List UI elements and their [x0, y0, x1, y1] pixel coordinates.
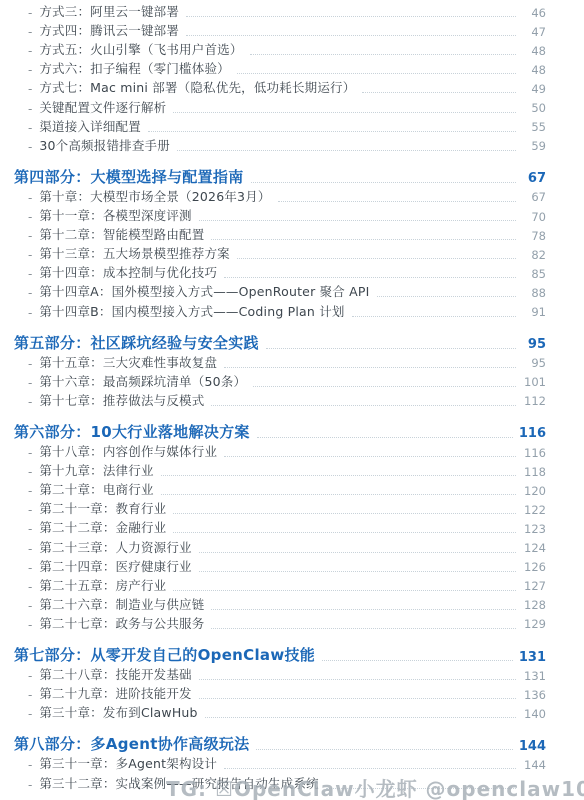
toc-item-page: 112: [522, 394, 546, 411]
toc-item-label: 方式五：火山引擎（飞书用户首选）: [39, 40, 242, 60]
toc-item-page: 95: [522, 356, 546, 373]
toc-item-label: 方式三：阿里云一键部署: [39, 2, 179, 22]
toc-item-label: 第二十八章：技能开发基础: [39, 665, 191, 685]
dot-leader: [224, 456, 516, 457]
toc-item-page: 116: [522, 446, 546, 463]
toc-item-dash: -: [14, 522, 39, 538]
dot-leader: [377, 296, 516, 297]
toc-item-dash: -: [14, 758, 39, 774]
dot-leader: [211, 609, 516, 610]
dot-leader: [199, 698, 516, 699]
toc-item[interactable]: - 第二十三章：人力资源行业 124: [14, 538, 546, 557]
toc-section-heading[interactable]: 第六部分：10大行业落地解决方案 116: [14, 424, 546, 443]
dot-leader: [326, 788, 516, 789]
toc-item-dash: -: [14, 229, 39, 245]
toc-item-label: 第二十九章：进阶技能开发: [39, 684, 191, 704]
toc-item-page: 101: [522, 375, 546, 392]
toc-item-dash: -: [14, 63, 39, 79]
toc-item-dash: -: [14, 707, 39, 723]
toc-item-page: 127: [522, 579, 546, 596]
toc-item-dash: -: [14, 503, 39, 519]
toc-item[interactable]: - 方式七：Mac mini 部署（隐私优先，低功耗长期运行） 49: [14, 79, 546, 98]
toc-item-dash: -: [14, 248, 39, 264]
toc-item[interactable]: - 第十四章：成本控制与优化技巧 85: [14, 264, 546, 283]
toc-section-title: 第七部分：从零开发自己的OpenClaw技能: [14, 644, 315, 666]
toc-item[interactable]: - 第三十二章：实战案例——研究报告自动生成系统: [14, 774, 546, 793]
dot-leader: [257, 437, 513, 438]
toc-section-page: 116: [519, 426, 546, 443]
dot-leader: [173, 513, 516, 514]
toc-item-dash: -: [14, 357, 39, 373]
toc-item-dash: -: [14, 669, 39, 685]
toc-item-dash: -: [14, 778, 39, 794]
toc-item[interactable]: - 第二十九章：进阶技能开发 136: [14, 685, 546, 704]
dot-leader: [266, 348, 516, 349]
toc-item-dash: -: [14, 82, 39, 98]
toc-section-heading[interactable]: 第七部分：从零开发自己的OpenClaw技能 131: [14, 647, 546, 666]
toc-item[interactable]: - 第十三章：五大场景模型推荐方案 82: [14, 245, 546, 264]
toc-item-label: 第二十五章：房产行业: [39, 576, 166, 596]
toc-item-label: 第十四章A：国外模型接入方式——OpenRouter 聚合 API: [39, 282, 369, 302]
toc-item[interactable]: - 第二十二章：金融行业 123: [14, 519, 546, 538]
toc-item[interactable]: - 第十七章：推荐做法与反模式 112: [14, 392, 546, 411]
toc-item[interactable]: - 第十八章：内容创作与媒体行业 116: [14, 443, 546, 462]
toc-item-page: 122: [522, 503, 546, 520]
toc-section-page: 144: [519, 739, 546, 756]
dot-leader: [352, 316, 516, 317]
toc-item-page: 48: [522, 63, 546, 80]
toc-item-dash: -: [14, 484, 39, 500]
toc-item-label: 第十六章：最高频踩坑清单（50条）: [39, 372, 246, 392]
toc-item[interactable]: - 第二十章：电商行业 120: [14, 481, 546, 500]
dot-leader: [253, 386, 516, 387]
toc-item-page: 49: [522, 82, 546, 99]
toc-item-label: 第十七章：推荐做法与反模式: [39, 391, 204, 411]
toc-item-label: 第三十一章：多Agent架构设计: [39, 754, 217, 774]
toc-item-dash: -: [14, 688, 39, 704]
toc-item[interactable]: - 第二十六章：制造业与供应链 128: [14, 596, 546, 615]
dot-leader: [205, 717, 516, 718]
toc-item-dash: -: [14, 376, 39, 392]
dot-leader: [186, 35, 516, 36]
toc-item-page: 70: [522, 210, 546, 227]
toc-item[interactable]: - 第二十四章：医疗健康行业 126: [14, 558, 546, 577]
toc-item-dash: -: [14, 25, 39, 41]
toc-item-dash: -: [14, 542, 39, 558]
toc-section-heading[interactable]: 第五部分：社区踩坑经验与安全实践 95: [14, 335, 546, 354]
dot-leader: [173, 112, 516, 113]
dot-leader: [237, 73, 516, 74]
toc-item-label: 30个高频报错排查手册: [39, 136, 170, 156]
dot-leader: [322, 660, 513, 661]
toc-item[interactable]: - 方式三：阿里云一键部署 46: [14, 3, 546, 22]
toc-item[interactable]: - 30个高频报错排查手册 59: [14, 137, 546, 156]
toc-item[interactable]: - 第二十一章：教育行业 122: [14, 500, 546, 519]
toc-item[interactable]: - 方式六：扣子编程（零门槛体验） 48: [14, 60, 546, 79]
toc-item-label: 第十章：大模型市场全景（2026年3月）: [39, 187, 270, 207]
dot-leader: [224, 277, 516, 278]
toc-item[interactable]: - 第三十章：发布到ClawHub 140: [14, 704, 546, 723]
dot-leader: [251, 182, 516, 183]
toc-item-label: 第二十六章：制造业与供应链: [39, 595, 204, 615]
toc-item-label: 第二十三章：人力资源行业: [39, 538, 191, 558]
toc-item[interactable]: - 第十章：大模型市场全景（2026年3月） 67: [14, 188, 546, 207]
toc-item[interactable]: - 方式五：火山引擎（飞书用户首选） 48: [14, 41, 546, 60]
toc-item[interactable]: - 第二十八章：技能开发基础 131: [14, 666, 546, 685]
toc-item-label: 第二十四章：医疗健康行业: [39, 557, 191, 577]
toc-item-dash: -: [14, 140, 39, 156]
toc-item-dash: -: [14, 580, 39, 596]
toc-item-page: 55: [522, 120, 546, 137]
toc-section-heading[interactable]: 第四部分：大模型选择与配置指南 67: [14, 169, 546, 188]
toc-item-page: 144: [522, 758, 546, 775]
toc-item[interactable]: - 方式四：腾讯云一键部署 47: [14, 22, 546, 41]
toc-section-page: 67: [522, 171, 546, 188]
toc-section-title: 第六部分：10大行业落地解决方案: [14, 421, 250, 443]
toc-item-label: 第十三章：五大场景模型推荐方案: [39, 244, 230, 264]
dot-leader: [211, 405, 516, 406]
toc-item-dash: -: [14, 306, 39, 322]
dot-leader: [237, 258, 516, 259]
dot-leader: [199, 571, 516, 572]
toc-section-title: 第五部分：社区踩坑经验与安全实践: [14, 332, 259, 354]
toc-item-dash: -: [14, 191, 39, 207]
toc-item-dash: -: [14, 599, 39, 615]
dot-leader: [224, 768, 516, 769]
toc-item-label: 方式六：扣子编程（零门槛体验）: [39, 59, 230, 79]
toc-item[interactable]: - 第十四章B：国内模型接入方式——Coding Plan 计划 91: [14, 302, 546, 321]
toc-item[interactable]: - 第十六章：最高频踩坑清单（50条） 101: [14, 373, 546, 392]
toc-item-dash: -: [14, 618, 39, 634]
dot-leader: [199, 679, 516, 680]
toc-section-page: 131: [519, 650, 546, 667]
toc-item-page: [522, 791, 546, 794]
dot-leader: [224, 367, 516, 368]
dot-leader: [278, 201, 516, 202]
toc-item-label: 第二十一章：教育行业: [39, 499, 166, 519]
toc-item-label: 第十八章：内容创作与媒体行业: [39, 442, 217, 462]
toc-item-page: 91: [522, 305, 546, 322]
toc-item-label: 关键配置文件逐行解析: [39, 98, 166, 118]
toc-item-dash: -: [14, 121, 39, 137]
toc-item-label: 第十一章：各模型深度评测: [39, 206, 191, 226]
toc-item-page: 50: [522, 101, 546, 118]
toc-item-page: 126: [522, 560, 546, 577]
toc: - 方式三：阿里云一键部署 46 - 方式四：腾讯云一键部署 47 - 方式五：…: [14, 3, 546, 794]
toc-item-dash: -: [14, 286, 39, 302]
toc-item-dash: -: [14, 210, 39, 226]
toc-item-page: 78: [522, 229, 546, 246]
toc-item-label: 第二十章：电商行业: [39, 480, 153, 500]
toc-item-page: 136: [522, 688, 546, 705]
toc-item-label: 方式七：Mac mini 部署（隐私优先，低功耗长期运行）: [39, 78, 355, 98]
dot-leader: [161, 475, 516, 476]
toc-section-title: 第八部分：多Agent协作高级玩法: [14, 733, 249, 755]
dot-leader: [250, 54, 516, 55]
toc-item-page: 124: [522, 541, 546, 558]
toc-item[interactable]: - 第十一章：各模型深度评测 70: [14, 207, 546, 226]
toc-item-page: 123: [522, 522, 546, 539]
toc-item-dash: -: [14, 561, 39, 577]
dot-leader: [362, 92, 516, 93]
toc-item-label: 第十五章：三大灾难性事故复盘: [39, 353, 217, 373]
toc-item-label: 方式四：腾讯云一键部署: [39, 21, 179, 41]
toc-item-page: 67: [522, 190, 546, 207]
toc-item-page: 140: [522, 707, 546, 724]
toc-item[interactable]: - 渠道接入详细配置 55: [14, 118, 546, 137]
toc-item[interactable]: - 第十五章：三大灾难性事故复盘 95: [14, 354, 546, 373]
toc-item-page: 47: [522, 25, 546, 42]
toc-item-page: 128: [522, 598, 546, 615]
toc-item-dash: -: [14, 267, 39, 283]
toc-item-label: 第二十七章：政务与公共服务: [39, 614, 204, 634]
toc-item-label: 第十四章：成本控制与优化技巧: [39, 263, 217, 283]
toc-item-label: 第三十二章：实战案例——研究报告自动生成系统: [39, 774, 318, 794]
toc-item-page: 120: [522, 484, 546, 501]
toc-item[interactable]: - 第十九章：法律行业 118: [14, 462, 546, 481]
toc-item[interactable]: - 第三十一章：多Agent架构设计 144: [14, 755, 546, 774]
toc-item-dash: -: [14, 446, 39, 462]
toc-item-page: 85: [522, 267, 546, 284]
toc-section-heading[interactable]: 第八部分：多Agent协作高级玩法 144: [14, 736, 546, 755]
toc-item-label: 第十四章B：国内模型接入方式——Coding Plan 计划: [39, 302, 344, 322]
dot-leader: [173, 590, 516, 591]
toc-item-dash: -: [14, 395, 39, 411]
toc-item-page: 59: [522, 139, 546, 156]
toc-item-page: 129: [522, 617, 546, 634]
toc-item[interactable]: - 第二十七章：政务与公共服务 129: [14, 615, 546, 634]
dot-leader: [199, 552, 516, 553]
dot-leader: [161, 494, 516, 495]
dot-leader: [148, 131, 516, 132]
toc-item-label: 第三十章：发布到ClawHub: [39, 703, 197, 723]
toc-section-page: 95: [522, 337, 546, 354]
dot-leader: [173, 532, 516, 533]
dot-leader: [211, 239, 516, 240]
toc-item-label: 第十二章：智能模型路由配置: [39, 225, 204, 245]
toc-section-title: 第四部分：大模型选择与配置指南: [14, 166, 244, 188]
toc-item-page: 82: [522, 248, 546, 265]
dot-leader: [256, 749, 512, 750]
toc-item-label: 第二十二章：金融行业: [39, 518, 166, 538]
dot-leader: [186, 16, 516, 17]
toc-item-dash: -: [14, 6, 39, 22]
toc-item-page: 131: [522, 669, 546, 686]
toc-item-page: 88: [522, 286, 546, 303]
dot-leader: [211, 628, 516, 629]
toc-page: - 方式三：阿里云一键部署 46 - 方式四：腾讯云一键部署 47 - 方式五：…: [0, 0, 584, 800]
dot-leader: [199, 220, 516, 221]
toc-item-dash: -: [14, 465, 39, 481]
dot-leader: [177, 150, 516, 151]
toc-item-label: 第十九章：法律行业: [39, 461, 153, 481]
toc-item[interactable]: - 第十二章：智能模型路由配置 78: [14, 226, 546, 245]
toc-item-label: 渠道接入详细配置: [39, 117, 141, 137]
toc-item[interactable]: - 关键配置文件逐行解析 50: [14, 98, 546, 117]
toc-item[interactable]: - 第二十五章：房产行业 127: [14, 577, 546, 596]
toc-item-page: 118: [522, 465, 546, 482]
toc-item-page: 46: [522, 6, 546, 23]
toc-item-dash: -: [14, 44, 39, 60]
toc-item-dash: -: [14, 102, 39, 118]
toc-item[interactable]: - 第十四章A：国外模型接入方式——OpenRouter 聚合 API 88: [14, 283, 546, 302]
toc-item-page: 48: [522, 44, 546, 61]
